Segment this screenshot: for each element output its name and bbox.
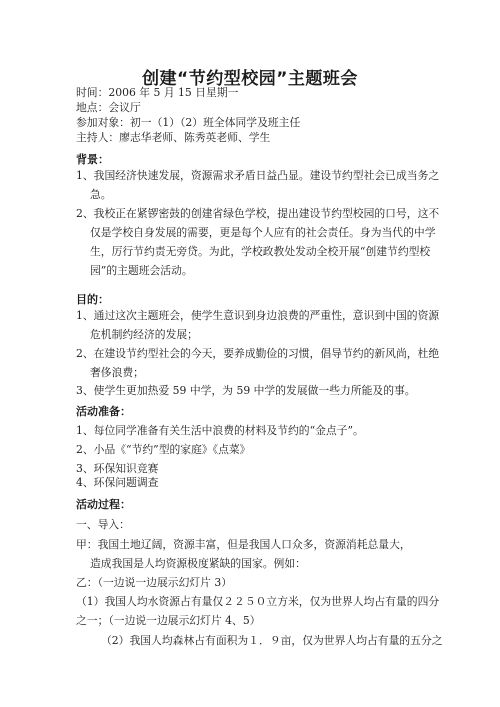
purpose-line: 奢侈浪费； bbox=[90, 366, 144, 380]
preparation-line: 3、环保知识竞赛 bbox=[76, 462, 158, 476]
purpose-line: 1、通过这次主题班会，使学生意识到身边浪费的严重性，意识到中国的资源 bbox=[76, 309, 439, 323]
meta-place: 地点：会议厅 bbox=[76, 101, 141, 115]
purpose-line: 2、在建设节约型社会的今天，要养成勤俭的习惯，倡导节约的新风尚，杜绝 bbox=[76, 347, 439, 361]
purpose-line: 危机制约经济的发展； bbox=[90, 328, 198, 342]
process-line: （1）我国人均水资源占有量仅２２５０立方米，仅为世界人均占有量的四分 bbox=[76, 595, 439, 609]
meta-hosts: 主持人：廖志华老师、陈秀英老师、学生 bbox=[76, 131, 270, 145]
process-line: 甲：我国土地辽阔，资源丰富，但是我国人口众多，资源消耗总量大， bbox=[76, 538, 411, 552]
background-line: 园”的主题班会活动。 bbox=[90, 264, 193, 278]
meta-time: 时间：2006 年 5 月 15 日星期一 bbox=[76, 86, 238, 100]
process-line: 乙：（一边说一边展示幻灯片 3） bbox=[76, 576, 232, 590]
process-line: 之一；（一边说一边展示幻灯片 4、5） bbox=[76, 614, 261, 628]
process-line: （2）我国人均森林占有面积为１．９亩，仅为世界人均占有量的五分之 bbox=[101, 634, 443, 648]
background-line: 生，厉行节约责无旁贷。为此，学校政教处发动全校开展“创建节约型校 bbox=[90, 245, 430, 259]
background-line: 急。 bbox=[90, 188, 112, 202]
purpose-line: 3、使学生更加热爱 59 中学，为 59 中学的发展做一些力所能及的事。 bbox=[76, 384, 416, 398]
background-line: 1、我国经济快速发展，资源需求矛盾日益凸显。建设节约型社会已成当务之 bbox=[76, 169, 439, 183]
background-line: 仅是学校自身发展的需要，更是每个人应有的社会责任。身为当代的中学 bbox=[90, 226, 436, 240]
meta-participants: 参加对象：初一（1）（2）班全体同学及班主任 bbox=[76, 116, 300, 130]
section-heading-process: 活动过程： bbox=[76, 498, 131, 512]
preparation-line: 1、每位同学准备有关生活中浪费的材料及节约的“金点子”。 bbox=[76, 424, 364, 438]
document-page: 创建“节约型校园”主题班会 时间：2006 年 5 月 15 日星期一 地点：会… bbox=[0, 0, 500, 707]
background-line: 2、我校正在紧锣密鼓的创建省绿色学校，提出建设节约型校园的口号，这不 bbox=[76, 207, 439, 221]
section-heading-background: 背景： bbox=[76, 153, 109, 167]
preparation-line: 4、环保问题调查 bbox=[76, 476, 158, 490]
preparation-line: 2、小品《“节约”型的家庭》《点菜》 bbox=[76, 443, 250, 457]
section-heading-purpose: 目的： bbox=[76, 293, 109, 307]
section-heading-preparation: 活动准备： bbox=[76, 405, 131, 419]
process-line: 一、导入： bbox=[76, 518, 130, 532]
document-title: 创建“节约型校园”主题班会 bbox=[0, 64, 500, 89]
process-line: 造成我国是人均资源极度紧缺的国家。例如： bbox=[90, 557, 306, 571]
